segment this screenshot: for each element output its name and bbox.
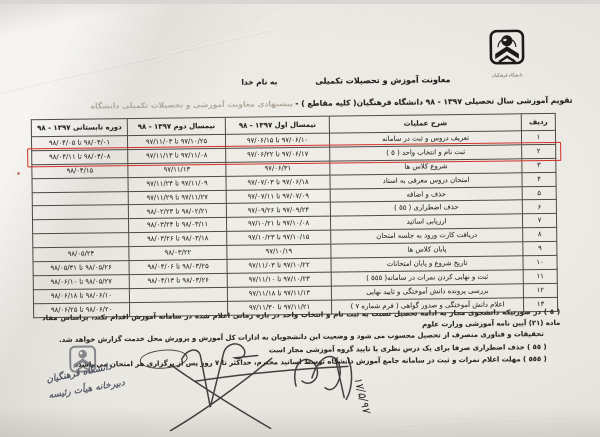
cell-row-no: ۴ — [522, 172, 556, 186]
cell-row-no: ۱ — [521, 130, 555, 144]
document-sheet: دانشگاه فرهنگیان معاونت آموزش و تحصیلات … — [0, 0, 600, 437]
university-logo-icon — [488, 28, 527, 72]
cell-sem1-dates: ۹۷/۰۹/۲۴ تا ۹۷/۰۹/۲۶ — [226, 203, 330, 218]
cell-sem2-dates: ۹۸/۰۳/۱۱ تا ۹۸/۰۳/۲۴ — [128, 218, 226, 233]
cell-summer-dates — [32, 205, 128, 220]
cell-summer-dates: ۹۸/۰۴/۱۵ — [32, 163, 128, 178]
document-title: تقویم آموزشی سال تحصیلی ۱۳۹۷ - ۹۸ دانشگا… — [21, 96, 573, 112]
cell-row-no: ۵ — [522, 186, 556, 200]
cell-sem2-dates: ۹۷/۱۱/۰۸ تا ۹۷/۱۱/۱۳ — [128, 148, 226, 163]
scanned-document: { "document": { "besmellah": "به نام خدا… — [0, 0, 600, 437]
cell-sem1-dates: ۹۷/۰۶/۱۰ تا ۹۷/۰۶/۱۵ — [225, 133, 329, 148]
department-title: معاونت آموزش و تحصیلات تکمیلی — [315, 74, 515, 85]
cell-sem1-dates: ۹۷/۱۱/۱۳ تا ۹۷/۱۱/۱۸ — [227, 286, 331, 301]
col-header-sem1: نیمسال اول ۱۳۹۷ - ۹۸ — [225, 116, 329, 134]
cell-summer-dates: ۹۸/۰۵/۲۴ — [33, 247, 129, 262]
cell-sem2-dates: ۹۸/۰۳/۲۶ تا ۹۸/۰۴/۱۳ — [129, 273, 227, 288]
cell-row-no: ۷ — [522, 214, 556, 228]
cell-sem2-dates: ۹۸/۰۳/۲۵ تا ۹۸/۰۴/۰۶ — [129, 259, 227, 274]
signature-date: ۱۷/۵/۹۷ — [351, 375, 373, 416]
besmellah-text: به نام خدا — [241, 77, 277, 86]
cell-row-no: ۶ — [522, 200, 556, 214]
cell-summer-dates — [33, 233, 129, 248]
cell-summer-dates: ۹۸/۰۶/۱۰ تا ۹۸/۰۶/۱۸ — [33, 288, 129, 303]
cell-row-no: ۳ — [522, 158, 556, 172]
calendar-table-body: ۱ تعریف دروس و ثبت در سامانه ۹۷/۰۶/۱۰ تا… — [31, 130, 557, 317]
cell-sem1-dates: ۹۷/۱۰/۰۸ تا ۹۷/۱۰/۲۱ — [226, 216, 330, 231]
academic-calendar-table: ردیف شرح عملیات نیمسال اول ۱۳۹۷ - ۹۸ نیم… — [31, 113, 558, 318]
cell-sem2-dates: ۹۷/۱۱/۲۷ تا ۹۷/۱۱/۲۹ — [128, 190, 226, 205]
cell-sem1-dates: ۹۷/۰۶/۱۷ تا ۹۷/۰۶/۲۲ — [226, 147, 330, 162]
cell-summer-dates — [32, 191, 128, 206]
cell-summer-dates: ۹۸/۰۵/۲۶ تا ۹۸/۰۵/۳۱ — [33, 261, 129, 276]
cell-row-no: ۲ — [522, 144, 556, 158]
col-header-summer: دوره تابستانی ۱۳۹۷ - ۹۸ — [31, 119, 127, 137]
cell-row-no: ۹ — [523, 241, 557, 255]
cell-sem2-dates — [129, 287, 227, 302]
cell-sem2-dates: ۹۷/۱۱/۰۹ تا ۹۷/۱۱/۲۴ — [128, 176, 226, 191]
cell-row-no: ۱۰ — [523, 255, 557, 269]
cell-sem1-dates: ۹۷/۰۷/۰۹ تا ۹۷/۰۷/۱۱ — [226, 189, 330, 204]
cell-sem1-dates: ۹۷/۱۰/۲۳ تا ۹۷/۱۱/۱۰ — [227, 272, 331, 287]
cell-sem2-dates: ۹۸/۰۲/۲۱ تا ۹۸/۰۲/۲۳ — [128, 204, 226, 219]
cell-sem2-dates: ۹۷/۱۱/۱۳ — [128, 162, 226, 177]
col-header-sem2: نیمسال دوم ۱۳۹۷ - ۹۸ — [127, 117, 225, 135]
document-title-note: پیشنهادی معاونت آموزشی و تحصیلات تکمیلی … — [90, 99, 293, 110]
cell-summer-dates: ۹۸/۰۵/۲۷ تا ۹۸/۰۶/۱۰ — [33, 274, 129, 289]
cell-sem2-dates: ۹۸/۰۳/۱۸ تا ۹۸/۰۳/۲۶ — [129, 232, 227, 247]
cell-sem1-dates: ۹۷/۰۶/۳۱ — [226, 161, 330, 176]
university-logo: دانشگاه فرهنگیان — [487, 28, 528, 77]
cell-sem1-dates: ۹۷/۱۰/۱۵ تا ۹۷/۱۰/۲۳ — [227, 230, 331, 245]
cell-row-no: ۱۱ — [523, 269, 557, 283]
cell-summer-dates — [32, 219, 128, 234]
document-title-main: تقویم آموزشی سال تحصیلی ۱۳۹۷ - ۹۸ دانشگا… — [295, 96, 572, 108]
svg-text:۱۷/۵/۹۷: ۱۷/۵/۹۷ — [351, 375, 373, 416]
cell-sem1-dates: ۹۷/۱۰/۱۹ — [227, 244, 331, 259]
cell-row-no: ۱۲ — [523, 283, 557, 297]
cell-sem2-dates: ۹۷/۱۰/۲۵ تا ۹۷/۱۱/۰۳ — [127, 134, 225, 149]
cell-sem1-dates: ۹۷/۱۰/۲۲ تا ۹۷/۱۱/۰۳ — [227, 258, 331, 273]
cell-sem2-dates: ۹۸/۰۳/۲۲ — [129, 246, 227, 261]
cell-summer-dates — [32, 177, 128, 192]
cell-row-no: ۸ — [523, 228, 557, 242]
cell-summer-dates: ۹۸/۰۴/۰۱ تا ۹۸/۰۴/۰۵ — [31, 136, 127, 151]
col-header-row-no: ردیف — [521, 113, 555, 130]
cell-sem1-dates: ۹۷/۰۶/۱۸ تا ۹۷/۰۷/۰۳ — [226, 175, 330, 190]
cell-summer-dates: ۹۸/۰۴/۰۸ تا ۹۸/۰۴/۱۱ — [32, 149, 128, 164]
